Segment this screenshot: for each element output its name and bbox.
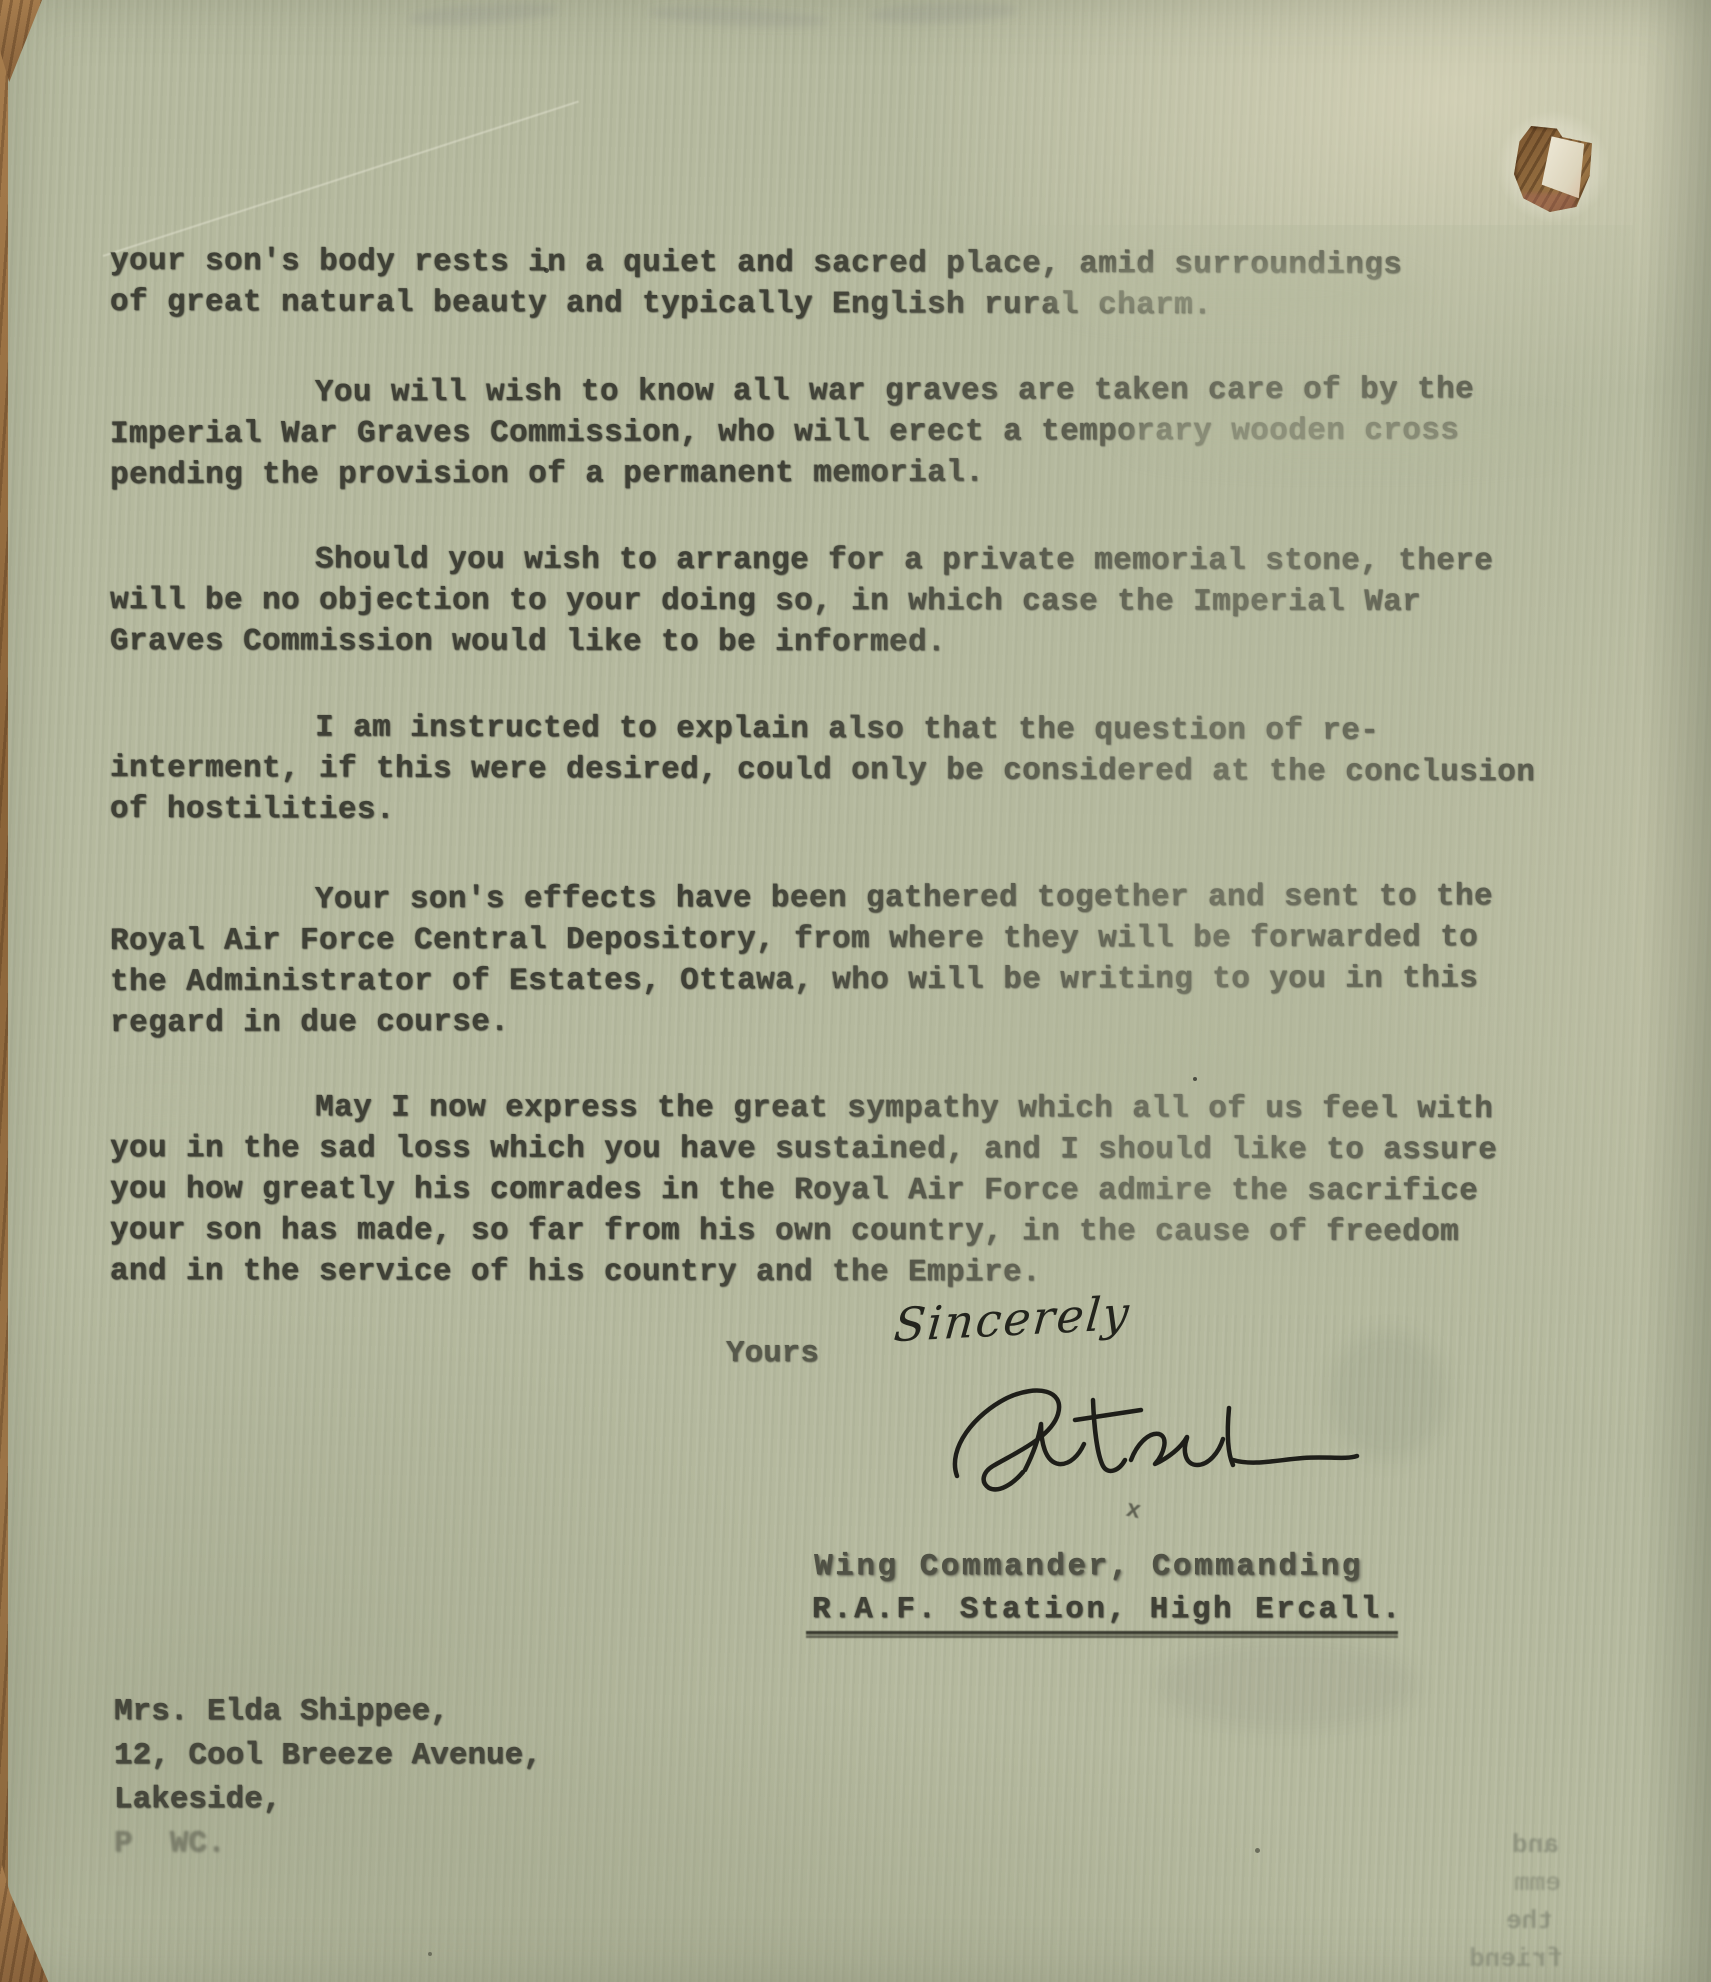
recipient-address: Mrs. Elda Shippee, 12, Cool Breeze Avenu… xyxy=(114,1690,542,1866)
valediction-handwritten: Sincerely xyxy=(892,1286,1133,1353)
valediction-typed: Yours xyxy=(726,1336,819,1371)
bleedthrough-smudge xyxy=(1158,1640,1418,1730)
ink-speck xyxy=(120,1230,124,1234)
ink-speck xyxy=(1255,1848,1260,1853)
bleedthrough-smudge xyxy=(407,0,558,29)
address-line: Lakeside, xyxy=(114,1778,542,1822)
signature-pritchard xyxy=(941,1372,1371,1517)
bleedthrough-word: and xyxy=(1512,1830,1559,1860)
signoff-underline xyxy=(806,1630,1398,1639)
bleedthrough-word: the xyxy=(1506,1906,1553,1936)
ink-fade-patch xyxy=(104,1082,234,1128)
address-line: Mrs. Elda Shippee, xyxy=(114,1690,542,1734)
ink-speck xyxy=(544,268,549,273)
ink-speck xyxy=(428,1952,432,1956)
ink-speck xyxy=(1193,1077,1197,1081)
scanned-letter-page: { "letter": { "paragraphs": [ {"indent":… xyxy=(0,0,1711,1982)
paper-edge-shading xyxy=(1641,0,1711,1982)
letter-paper: your son's body rests in a quiet and sac… xyxy=(8,0,1711,1982)
signoff-rank: Wing Commander, Commanding xyxy=(814,1549,1363,1584)
bleedthrough-word: friend xyxy=(1469,1944,1563,1974)
ink-fade-overlay xyxy=(103,225,1633,1315)
address-line: 12, Cool Breeze Avenue, xyxy=(114,1734,542,1778)
bleedthrough-smudge xyxy=(648,3,829,30)
torn-paper-flap xyxy=(1539,136,1584,198)
bleedthrough-smudge xyxy=(868,0,1019,25)
signoff-station: R.A.F. Station, High Ercall. xyxy=(812,1592,1403,1627)
ink-fade-patch xyxy=(1048,268,1418,320)
ink-fade-patch xyxy=(1128,408,1568,464)
address-line: P WC. xyxy=(114,1822,542,1866)
bleedthrough-word: emm xyxy=(1514,1868,1561,1898)
